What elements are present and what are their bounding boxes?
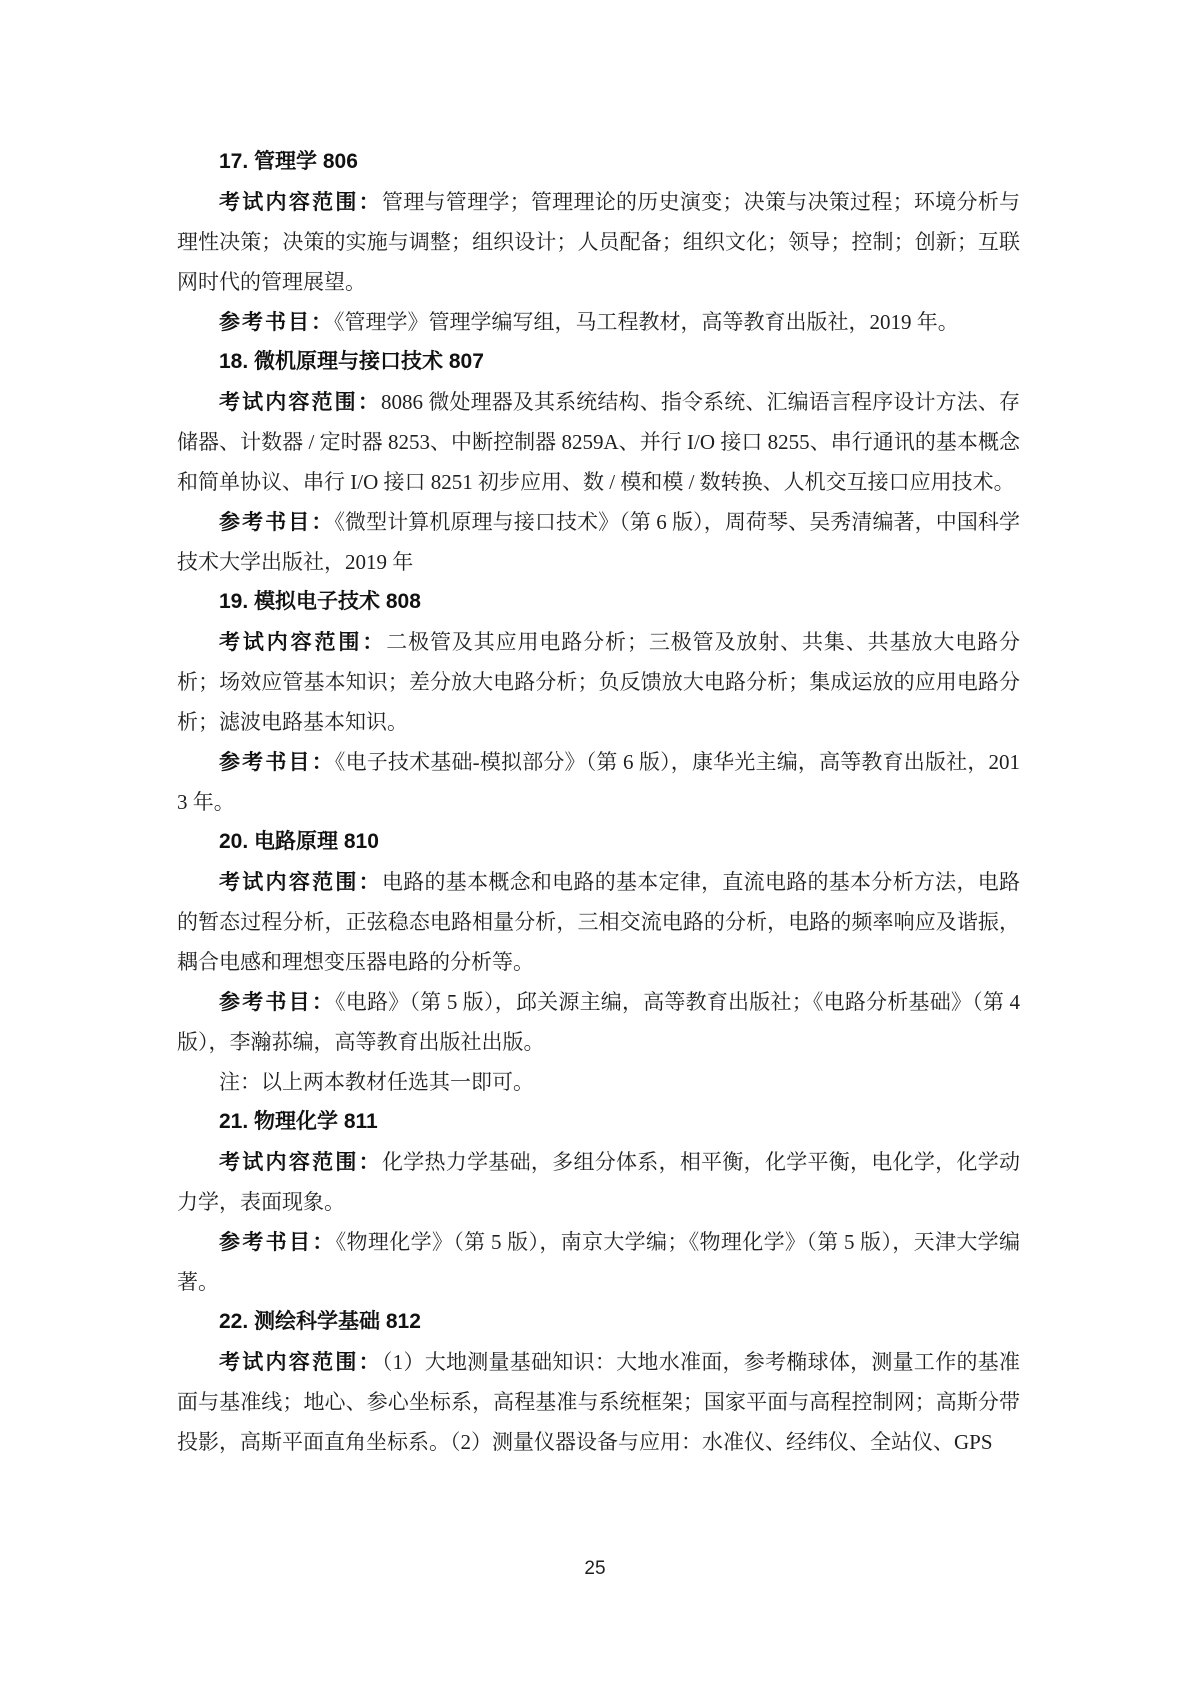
page-number: 25 [0,1556,1190,1582]
section-heading: 17. 管理学 806 [177,142,1020,182]
section-19-analog-electronics: 19. 模拟电子技术 808 考试内容范围：二极管及其应用电路分析；三极管及放射… [177,582,1020,822]
reference-books-paragraph: 参考书目：《微型计算机原理与接口技术》（第 6 版），周荷琴、吴秀清编著，中国科… [177,502,1020,582]
exam-scope-paragraph: 考试内容范围：管理与管理学；管理理论的历史演变；决策与决策过程；环境分析与理性决… [177,182,1020,302]
reference-books-paragraph: 参考书目：《电路》（第 5 版），邱关源主编，高等教育出版社；《电路分析基础》（… [177,982,1020,1062]
exam-scope-paragraph: 考试内容范围：化学热力学基础，多组分体系，相平衡，化学平衡，电化学，化学动力学，… [177,1142,1020,1222]
exam-scope-paragraph: 考试内容范围：8086 微处理器及其系统结构、指令系统、汇编语言程序设计方法、存… [177,382,1020,502]
exam-scope-paragraph: 考试内容范围：（1）大地测量基础知识：大地水准面，参考椭球体，测量工作的基准面与… [177,1342,1020,1462]
reference-books-paragraph: 参考书目：《电子技术基础-模拟部分》（第 6 版），康华光主编，高等教育出版社，… [177,742,1020,822]
exam-scope-label: 考试内容范围： [219,630,386,654]
note-text: 注：以上两本教材任选其一即可。 [219,1070,534,1094]
section-20-circuit-principles: 20. 电路原理 810 考试内容范围：电路的基本概念和电路的基本定律，直流电路… [177,822,1020,1102]
reference-books-label: 参考书目： [219,750,335,774]
section-heading: 20. 电路原理 810 [177,822,1020,862]
reference-books-label: 参考书目： [219,990,335,1014]
reference-books-label: 参考书目： [219,1230,336,1254]
note-paragraph: 注：以上两本教材任选其一即可。 [177,1062,1020,1102]
exam-scope-label: 考试内容范围： [219,870,382,894]
document-page: 17. 管理学 806 考试内容范围：管理与管理学；管理理论的历史演变；决策与决… [0,0,1190,1683]
exam-scope-label: 考试内容范围： [219,190,382,214]
reference-books-paragraph: 参考书目：《管理学》管理学编写组，马工程教材，高等教育出版社，2019 年。 [177,302,1020,342]
exam-scope-label: 考试内容范围： [219,390,381,414]
section-18-microcomputer: 18. 微机原理与接口技术 807 考试内容范围：8086 微处理器及其系统结构… [177,342,1020,582]
section-17-management: 17. 管理学 806 考试内容范围：管理与管理学；管理理论的历史演变；决策与决… [177,142,1020,342]
reference-books-text: 《管理学》管理学编写组，马工程教材，高等教育出版社，2019 年。 [334,310,959,334]
section-heading: 19. 模拟电子技术 808 [177,582,1020,622]
section-heading: 18. 微机原理与接口技术 807 [177,342,1020,382]
exam-scope-label: 考试内容范围： [219,1150,382,1174]
reference-books-label: 参考书目： [219,510,334,534]
section-heading: 21. 物理化学 811 [177,1102,1020,1142]
exam-scope-paragraph: 考试内容范围：二极管及其应用电路分析；三极管及放射、共集、共基放大电路分析；场效… [177,622,1020,742]
section-21-physical-chemistry: 21. 物理化学 811 考试内容范围：化学热力学基础，多组分体系，相平衡，化学… [177,1102,1020,1302]
exam-scope-label: 考试内容范围： [219,1350,382,1374]
reference-books-paragraph: 参考书目：《物理化学》（第 5 版），南京大学编；《物理化学》（第 5 版），天… [177,1222,1020,1302]
document-body: 17. 管理学 806 考试内容范围：管理与管理学；管理理论的历史演变；决策与决… [177,142,1020,1462]
section-heading: 22. 测绘科学基础 812 [177,1302,1020,1342]
reference-books-label: 参考书目： [219,310,334,334]
section-22-surveying-science: 22. 测绘科学基础 812 考试内容范围：（1）大地测量基础知识：大地水准面，… [177,1302,1020,1462]
exam-scope-paragraph: 考试内容范围：电路的基本概念和电路的基本定律，直流电路的基本分析方法，电路的暂态… [177,862,1020,982]
